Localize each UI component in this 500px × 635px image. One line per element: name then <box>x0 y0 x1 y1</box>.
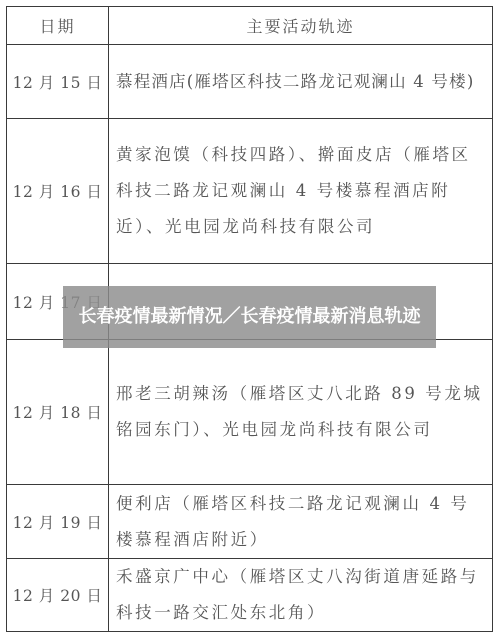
row-date: 12 月 19 日 <box>7 485 109 559</box>
title-overlay-banner: 长春疫情最新情况／长春疫情最新消息轨迹 <box>63 286 436 348</box>
header-activity: 主要活动轨迹 <box>109 7 493 45</box>
row-activity: 便利店（雁塔区科技二路龙记观澜山 4 号楼慕程酒店附近） <box>109 485 493 559</box>
row-activity: 禾盛京广中心（雁塔区丈八沟街道唐延路与科技一路交汇处东北角） <box>109 559 493 632</box>
table-row: 12 月 15 日 慕程酒店(雁塔区科技二路龙记观澜山 4 号楼) <box>7 45 493 119</box>
table-row: 12 月 16 日 黄家泡馍（科技四路）、擀面皮店（雁塔区科技二路龙记观澜山 4… <box>7 119 493 264</box>
row-date: 12 月 15 日 <box>7 45 109 119</box>
table-row: 12 月 18 日 邢老三胡辣汤（雁塔区丈八北路 89 号龙城铭园东门）、光电园… <box>7 340 493 485</box>
row-activity: 邢老三胡辣汤（雁塔区丈八北路 89 号龙城铭园东门）、光电园龙尚科技有限公司 <box>109 340 493 485</box>
table-row: 12 月 20 日 禾盛京广中心（雁塔区丈八沟街道唐延路与科技一路交汇处东北角） <box>7 559 493 632</box>
row-activity: 黄家泡馍（科技四路）、擀面皮店（雁塔区科技二路龙记观澜山 4 号楼慕程酒店附近）… <box>109 119 493 264</box>
row-activity: 慕程酒店(雁塔区科技二路龙记观澜山 4 号楼) <box>109 45 493 119</box>
row-date: 12 月 20 日 <box>7 559 109 632</box>
row-date: 12 月 16 日 <box>7 119 109 264</box>
banner-title: 长春疫情最新情况／长春疫情最新消息轨迹 <box>77 305 422 329</box>
row-date: 12 月 18 日 <box>7 340 109 485</box>
table-row: 12 月 19 日 便利店（雁塔区科技二路龙记观澜山 4 号楼慕程酒店附近） <box>7 485 493 559</box>
header-date: 日期 <box>7 7 109 45</box>
table-header-row: 日期 主要活动轨迹 <box>7 7 493 45</box>
